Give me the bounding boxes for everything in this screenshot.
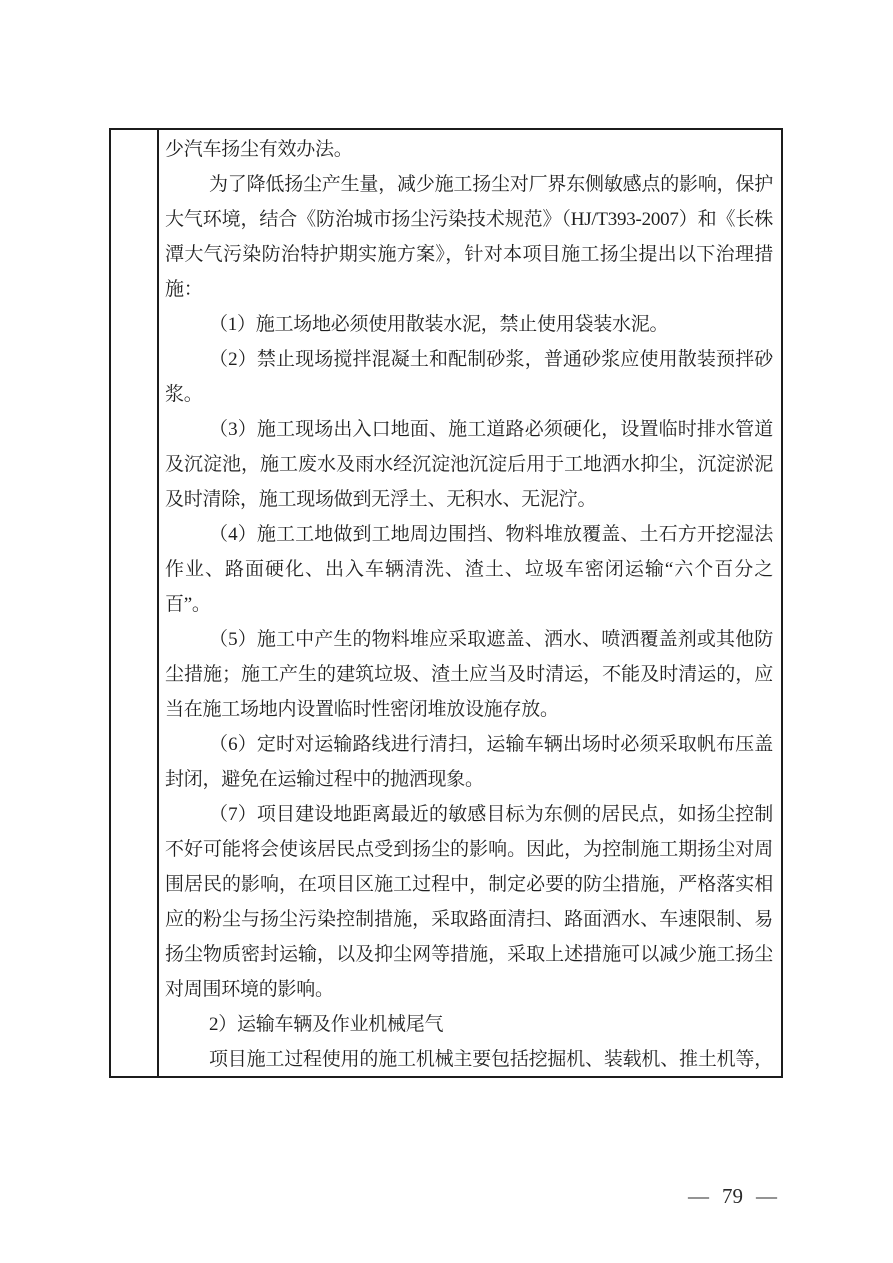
table-text-cell: 少汽车扬尘有效办法。为了降低扬尘产生量，减少施工扬尘对厂界东侧敏感点的影响，保护… — [159, 130, 781, 1076]
paragraph: 少汽车扬尘有效办法。 — [165, 132, 773, 167]
paragraph: （1）施工场地必须使用散装水泥，禁止使用袋装水泥。 — [165, 307, 773, 342]
paragraph: （5）施工中产生的物料堆应采取遮盖、洒水、喷洒覆盖剂或其他防尘措施；施工产生的建… — [165, 622, 773, 727]
footer-dash-right: — — [756, 1183, 777, 1209]
document-page: 少汽车扬尘有效办法。为了降低扬尘产生量，减少施工扬尘对厂界东侧敏感点的影响，保护… — [0, 0, 893, 1263]
content-table: 少汽车扬尘有效办法。为了降低扬尘产生量，减少施工扬尘对厂界东侧敏感点的影响，保护… — [109, 128, 783, 1078]
page-footer: — 79 — — [655, 1183, 810, 1209]
paragraph: 为了降低扬尘产生量，减少施工扬尘对厂界东侧敏感点的影响，保护大气环境，结合《防治… — [165, 167, 773, 307]
paragraph: 项目施工过程使用的施工机械主要包括挖掘机、装载机、推土机等，他们以柴油为燃料，会… — [165, 1042, 773, 1076]
table-left-stub-cell — [111, 130, 159, 1076]
page-number: 79 — [722, 1183, 743, 1209]
paragraph: （4）施工工地做到工地周边围挡、物料堆放覆盖、土石方开挖湿法作业、路面硬化、出入… — [165, 517, 773, 622]
paragraph: （6）定时对运输路线进行清扫，运输车辆出场时必须采取帆布压盖封闭，避免在运输过程… — [165, 727, 773, 797]
paragraph: （7）项目建设地距离最近的敏感目标为东侧的居民点，如扬尘控制不好可能将会使该居民… — [165, 797, 773, 1007]
paragraph: 2）运输车辆及作业机械尾气 — [165, 1007, 773, 1042]
paragraph: （3）施工现场出入口地面、施工道路必须硬化，设置临时排水管道及沉淀池，施工废水及… — [165, 412, 773, 517]
paragraph: （2）禁止现场搅拌混凝土和配制砂浆，普通砂浆应使用散装预拌砂浆。 — [165, 342, 773, 412]
footer-dash-left: — — [688, 1183, 709, 1209]
